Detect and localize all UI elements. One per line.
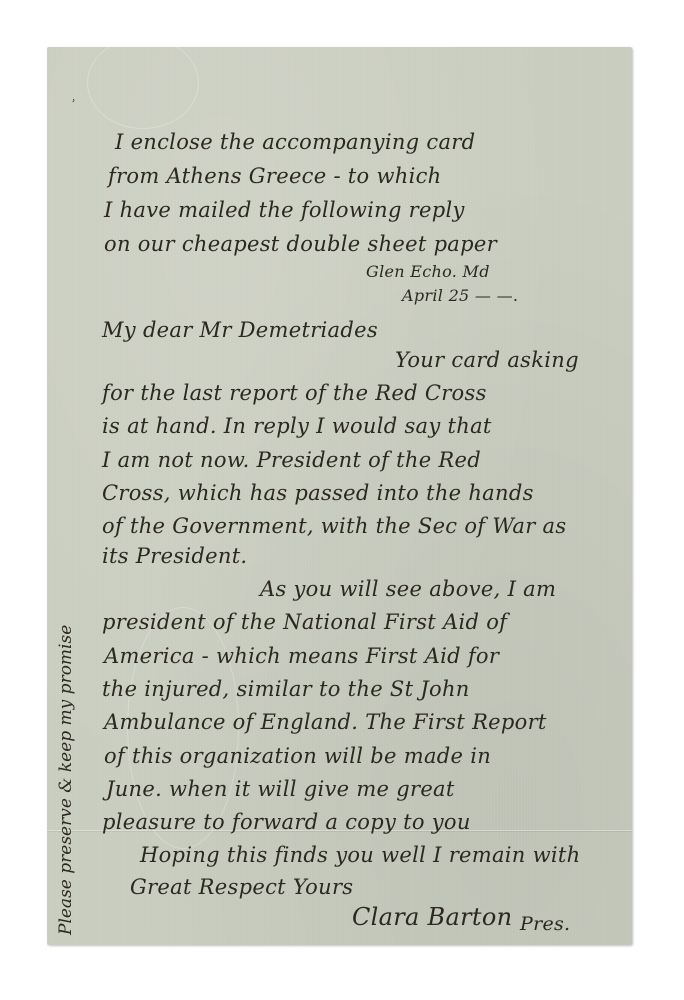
body-line-12: Ambulance of England. The First Report	[104, 712, 547, 733]
cover-note-line-1: I enclose the accompanying card	[115, 132, 475, 153]
body-line-14: June. when it will give me great	[106, 779, 455, 800]
body-line-8: As you will see above, I am	[260, 579, 556, 600]
body-line-10: America - which means First Aid for	[104, 646, 499, 667]
body-line-11: the injured, similar to the St John	[102, 679, 470, 700]
body-line-6: of the Government, with the Sec of War a…	[102, 516, 566, 537]
body-line-7: its President.	[102, 546, 247, 567]
body-line-2: for the last report of the Red Cross	[102, 383, 487, 404]
closing-line-1: Hoping this finds you well I remain with	[140, 845, 580, 866]
cover-note-line-3: I have mailed the following reply	[104, 200, 465, 221]
letter-date: April 25 — —.	[402, 288, 518, 304]
body-line-3: is at hand. In reply I would say that	[102, 416, 492, 437]
paper-crease	[87, 37, 199, 129]
body-line-4: I am not now. President of the Red	[102, 450, 481, 471]
body-line-9: president of the National First Aid of	[102, 612, 507, 633]
body-line-5: Cross, which has passed into the hands	[102, 483, 534, 504]
signature-title: Pres.	[520, 915, 570, 934]
closing-line-2: Great Respect Yours	[130, 877, 353, 898]
cover-note-line-2: from Athens Greece - to which	[108, 166, 441, 187]
ink-speck: ʾ	[71, 97, 75, 111]
signature: Clara Barton	[352, 905, 512, 929]
body-line-1: Your card asking	[395, 350, 579, 371]
body-line-15: pleasure to forward a copy to you	[102, 812, 471, 833]
body-line-13: of this organization will be made in	[104, 746, 491, 767]
margin-note: Please preserve & keep my promise	[56, 625, 76, 935]
letter-salutation: My dear Mr Demetriades	[102, 320, 378, 341]
letter-place: Glen Echo. Md	[366, 264, 490, 280]
cover-note-line-4: on our cheapest double sheet paper	[104, 234, 497, 255]
